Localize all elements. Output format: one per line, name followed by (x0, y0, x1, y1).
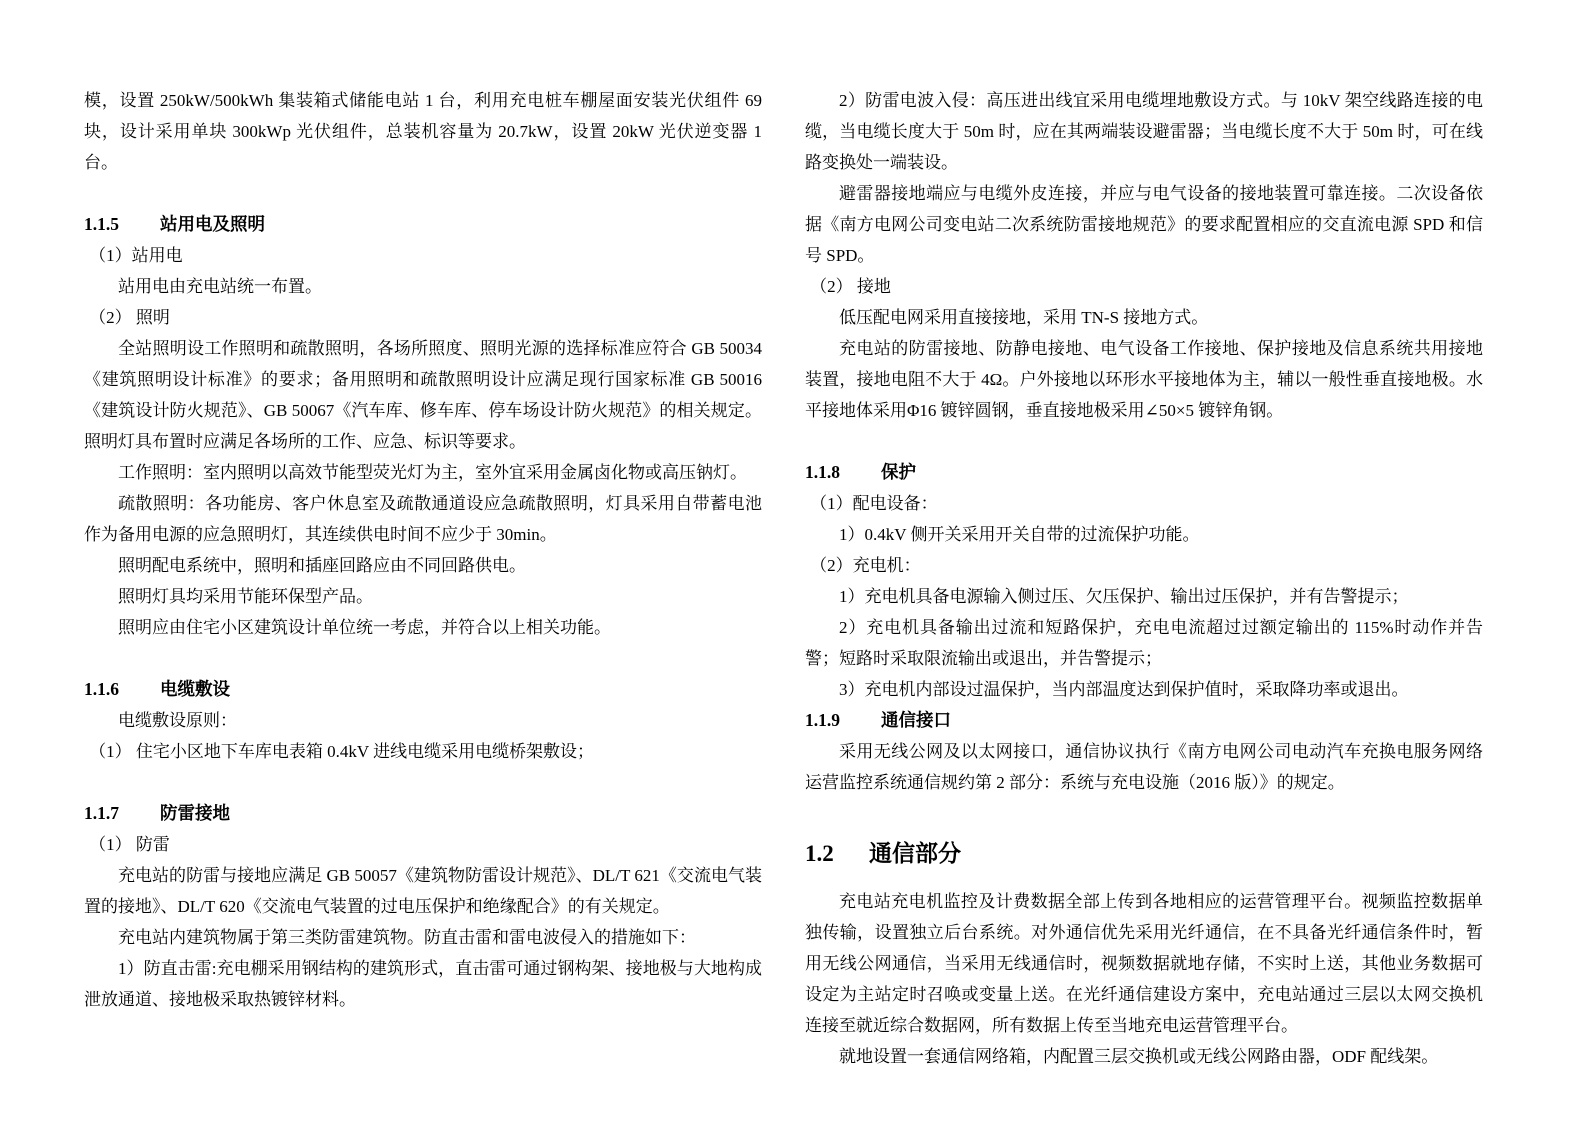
section-heading: 1.1.5站用电及照明 (84, 209, 762, 240)
paragraph: 模，设置 250kW/500kWh 集装箱式储能电站 1 台，利用充电桩车棚屋面… (84, 85, 762, 178)
paragraph: 充电站内建筑物属于第三类防雷建筑物。防直击雷和雷电波侵入的措施如下： (84, 922, 762, 953)
left-column: 模，设置 250kW/500kWh 集装箱式储能电站 1 台，利用充电桩车棚屋面… (84, 85, 762, 1015)
paragraph: 充电站的防雷接地、防静电接地、电气设备工作接地、保护接地及信息系统共用接地装置，… (805, 333, 1483, 426)
paragraph: 充电站充电机监控及计费数据全部上传到各地相应的运营管理平台。视频监控数据单独传输… (805, 886, 1483, 1041)
document-page: 模，设置 250kW/500kWh 集装箱式储能电站 1 台，利用充电桩车棚屋面… (0, 0, 1588, 1122)
section-heading: 1.1.8保护 (805, 457, 1483, 488)
paragraph: （1） 住宅小区地下车库电表箱 0.4kV 进线电缆采用电缆桥架敷设； (84, 736, 762, 767)
paragraph: 3）充电机内部设过温保护，当内部温度达到保护值时，采取降功率或退出。 (805, 674, 1483, 705)
paragraph: 站用电由充电站统一布置。 (84, 271, 762, 302)
paragraph: 2）充电机具备输出过流和短路保护，充电电流超过过额定输出的 115%时动作并告警… (805, 612, 1483, 674)
section-number: 1.2 (805, 834, 869, 874)
paragraph: 电缆敷设原则： (84, 705, 762, 736)
section-title: 防雷接地 (160, 803, 230, 823)
paragraph: （2） 接地 (805, 271, 1483, 302)
paragraph: （1）配电设备： (805, 488, 1483, 519)
section-title: 站用电及照明 (160, 214, 265, 234)
section-title: 通信接口 (881, 710, 951, 730)
paragraph: （1） 防雷 (84, 829, 762, 860)
paragraph: （1）站用电 (84, 240, 762, 271)
paragraph: （2） 照明 (84, 302, 762, 333)
section-title: 保护 (881, 462, 916, 482)
paragraph: 照明配电系统中，照明和插座回路应由不同回路供电。 (84, 550, 762, 581)
paragraph: 疏散照明：各功能房、客户休息室及疏散通道设应急疏散照明，灯具采用自带蓄电池作为备… (84, 488, 762, 550)
paragraph: 1）0.4kV 侧开关采用开关自带的过流保护功能。 (805, 519, 1483, 550)
paragraph: （2）充电机： (805, 550, 1483, 581)
paragraph: 避雷器接地端应与电缆外皮连接，并应与电气设备的接地装置可靠连接。二次设备依据《南… (805, 178, 1483, 271)
section-title: 电缆敷设 (160, 679, 230, 699)
section-heading: 1.1.6电缆敷设 (84, 674, 762, 705)
section-heading: 1.2通信部分 (805, 834, 1483, 874)
section-number: 1.1.5 (84, 209, 160, 240)
section-number: 1.1.7 (84, 798, 160, 829)
section-number: 1.1.9 (805, 705, 881, 736)
paragraph: 2）防雷电波入侵：高压进出线宜采用电缆埋地敷设方式。与 10kV 架空线路连接的… (805, 85, 1483, 178)
paragraph: 采用无线公网及以太网接口，通信协议执行《南方电网公司电动汽车充换电服务网络运营监… (805, 736, 1483, 798)
paragraph: 充电站的防雷与接地应满足 GB 50057《建筑物防雷设计规范》、DL/T 62… (84, 860, 762, 922)
section-heading: 1.1.9通信接口 (805, 705, 1483, 736)
section-heading: 1.1.7防雷接地 (84, 798, 762, 829)
paragraph: 照明灯具均采用节能环保型产品。 (84, 581, 762, 612)
section-number: 1.1.8 (805, 457, 881, 488)
paragraph: 工作照明：室内照明以高效节能型荧光灯为主，室外宜采用金属卤化物或高压钠灯。 (84, 457, 762, 488)
section-title: 通信部分 (869, 841, 961, 866)
paragraph: 照明应由住宅小区建筑设计单位统一考虑，并符合以上相关功能。 (84, 612, 762, 643)
paragraph: 就地设置一套通信网络箱，内配置三层交换机或无线公网路由器，ODF 配线架。 (805, 1041, 1483, 1072)
paragraph: 低压配电网采用直接接地，采用 TN-S 接地方式。 (805, 302, 1483, 333)
paragraph: 1）充电机具备电源输入侧过压、欠压保护、输出过压保护，并有告警提示； (805, 581, 1483, 612)
paragraph: 全站照明设工作照明和疏散照明，各场所照度、照明光源的选择标准应符合 GB 500… (84, 333, 762, 457)
paragraph: 1）防直击雷:充电棚采用钢结构的建筑形式，直击雷可通过钢构架、接地极与大地构成泄… (84, 953, 762, 1015)
right-column: 2）防雷电波入侵：高压进出线宜采用电缆埋地敷设方式。与 10kV 架空线路连接的… (805, 85, 1483, 1072)
section-number: 1.1.6 (84, 674, 160, 705)
